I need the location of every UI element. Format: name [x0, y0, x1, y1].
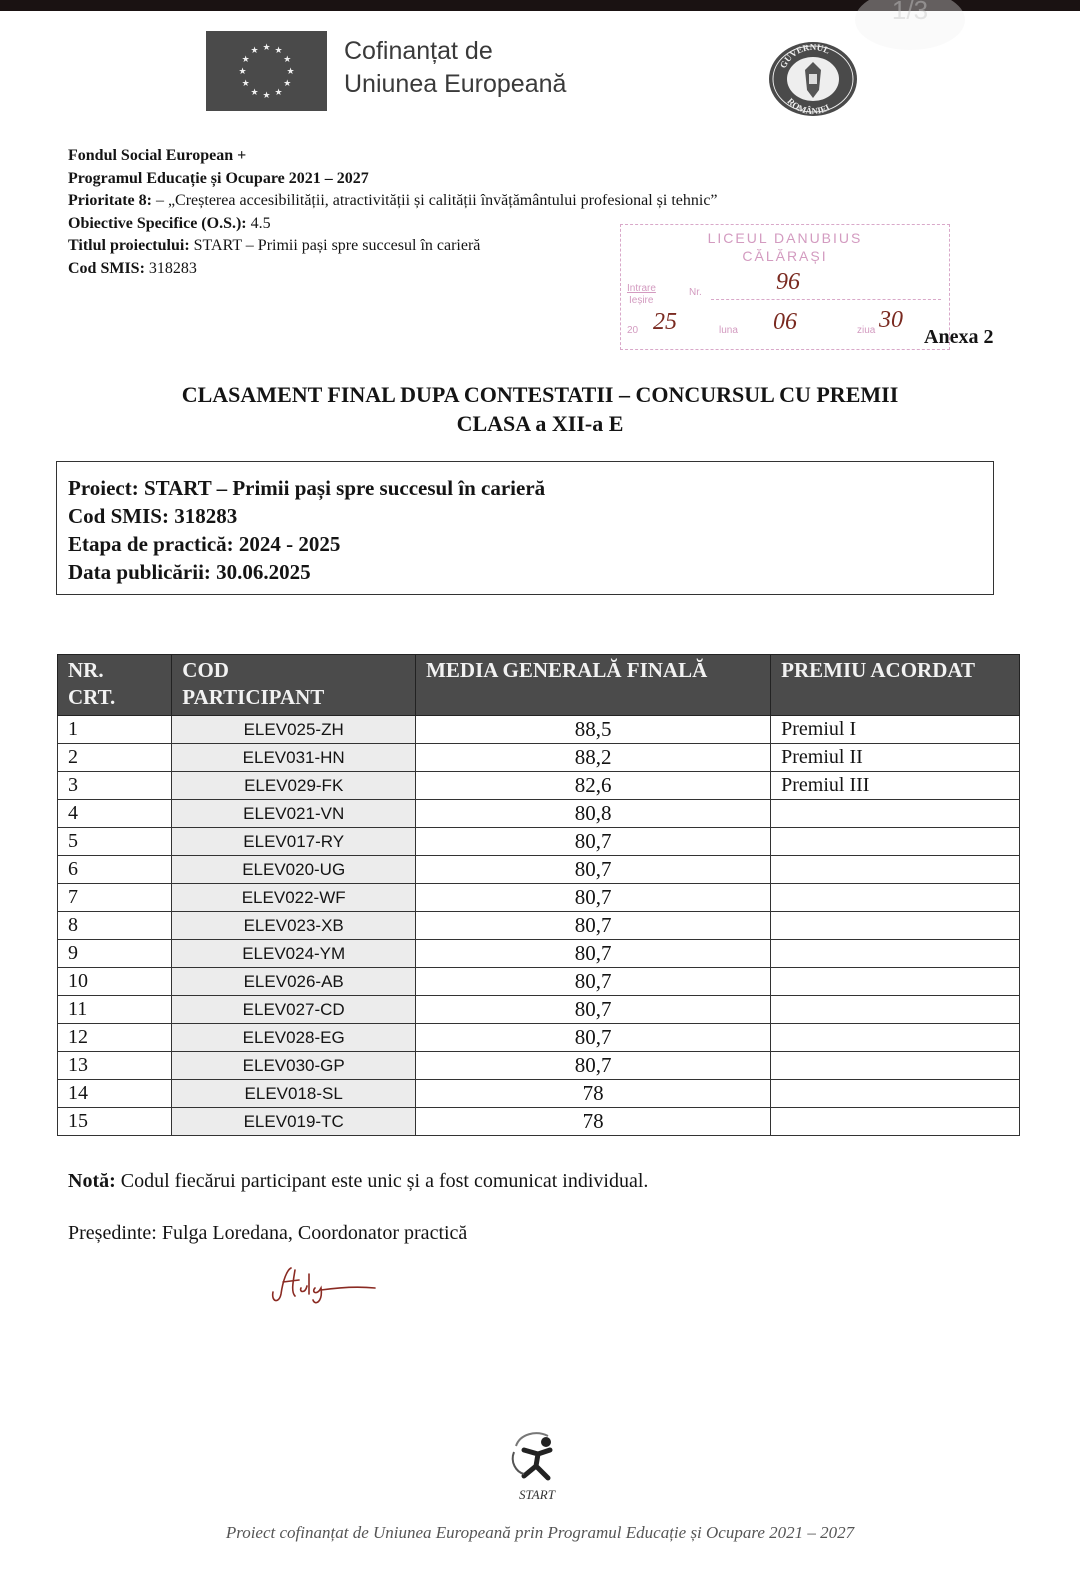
document-title: CLASAMENT FINAL DUPA CONTESTATII – CONCU… [60, 380, 1020, 438]
cell-nr: 10 [58, 968, 172, 996]
svg-text:★: ★ [262, 42, 270, 52]
stamp-day-label: ziua [857, 325, 875, 336]
objective-label: Obiective Specifice (O.S.): [68, 215, 247, 232]
cell-premiu [771, 1052, 1020, 1080]
cell-cod-participant: ELEV028-EG [172, 1024, 416, 1052]
eu-flag-logo: ★★★★★★★★★★★★ [206, 31, 327, 111]
priority-value: – „Creșterea accesibilității, atractivit… [152, 192, 718, 209]
cell-premiu [771, 884, 1020, 912]
table-row: 11ELEV027-CD80,7 [58, 996, 1020, 1024]
start-project-logo: START [502, 1428, 572, 1503]
program-name: Programul Educație și Ocupare 2021 – 202… [68, 170, 369, 187]
cell-nr: 5 [58, 828, 172, 856]
cell-media: 82,6 [416, 772, 771, 800]
project-name: Proiect: START – Primii pași spre succes… [68, 474, 982, 502]
romanian-government-seal-icon: GUVERNUL ROMÂNIEI [765, 40, 861, 118]
table-row: 7ELEV022-WF80,7 [58, 884, 1020, 912]
stamp-month-label: luna [719, 325, 738, 336]
header-media-generala: MEDIA GENERALĂ FINALĂ [416, 655, 771, 716]
svg-text:★: ★ [250, 87, 258, 97]
stamp-year-prefix: 20 [627, 325, 638, 336]
cell-cod-participant: ELEV019-TC [172, 1108, 416, 1136]
svg-text:★: ★ [286, 66, 294, 76]
cell-premiu [771, 800, 1020, 828]
svg-text:★: ★ [274, 45, 282, 55]
stamp-year: 25 [653, 309, 677, 336]
cell-nr: 6 [58, 856, 172, 884]
cell-nr: 3 [58, 772, 172, 800]
footer-cofinancing-text: Proiect cofinanțat de Uniunea Europeană … [0, 1523, 1080, 1543]
cell-cod-participant: ELEV020-UG [172, 856, 416, 884]
cell-nr: 8 [58, 912, 172, 940]
header-cod-participant: CODPARTICIPANT [172, 655, 416, 716]
cell-cod-participant: ELEV023-XB [172, 912, 416, 940]
cell-media: 88,2 [416, 744, 771, 772]
cell-premiu [771, 1080, 1020, 1108]
table-row: 12ELEV028-EG80,7 [58, 1024, 1020, 1052]
stamp-number: 96 [776, 269, 800, 296]
cell-cod-participant: ELEV021-VN [172, 800, 416, 828]
cell-cod-participant: ELEV022-WF [172, 884, 416, 912]
president-line: Președinte: Fulga Loredana, Coordonator … [68, 1222, 467, 1245]
cell-cod-participant: ELEV027-CD [172, 996, 416, 1024]
table-header-row: NR.CRT. CODPARTICIPANT MEDIA GENERALĂ FI… [58, 655, 1020, 716]
note-text: Codul fiecărui participant este unic și … [116, 1170, 649, 1192]
smis-value: 318283 [145, 260, 197, 277]
title-line2: CLASA a XII-a E [60, 409, 1020, 438]
annex-label: Anexa 2 [924, 326, 993, 349]
cell-cod-participant: ELEV030-GP [172, 1052, 416, 1080]
cell-nr: 13 [58, 1052, 172, 1080]
eu-text-line2: Uniunea Europeană [344, 68, 566, 101]
stamp-nr-label: Nr. [689, 287, 702, 298]
publication-date: Data publicării: 30.06.2025 [68, 558, 982, 586]
cell-nr: 2 [58, 744, 172, 772]
cell-premiu [771, 996, 1020, 1024]
project-title-label: Titlul proiectului: [68, 237, 190, 254]
cell-media: 78 [416, 1080, 771, 1108]
stamp-entry-label: Intrare [627, 283, 656, 294]
cell-premiu: Premiul III [771, 772, 1020, 800]
header-nr-crt: NR.CRT. [58, 655, 172, 716]
cell-cod-participant: ELEV026-AB [172, 968, 416, 996]
stamp-school-name: LICEUL DANUBIUS CĂLĂRAȘI [621, 229, 949, 265]
cell-media: 80,7 [416, 912, 771, 940]
eu-text-line1: Cofinanțat de [344, 35, 566, 68]
cell-nr: 1 [58, 716, 172, 744]
svg-text:★: ★ [242, 78, 250, 88]
project-summary-box: Proiect: START – Primii pași spre succes… [56, 461, 994, 595]
svg-text:★: ★ [274, 87, 282, 97]
page-indicator: 1/3 [855, 0, 965, 50]
registration-stamp: LICEUL DANUBIUS CĂLĂRAȘI Intrare Ieșire … [620, 224, 950, 350]
svg-text:★: ★ [262, 90, 270, 100]
cell-cod-participant: ELEV024-YM [172, 940, 416, 968]
table-row: 4ELEV021-VN80,8 [58, 800, 1020, 828]
cell-nr: 4 [58, 800, 172, 828]
cell-media: 80,8 [416, 800, 771, 828]
cell-premiu [771, 828, 1020, 856]
svg-text:★: ★ [283, 54, 291, 64]
stamp-month: 06 [773, 309, 797, 336]
cell-premiu [771, 1024, 1020, 1052]
svg-text:★: ★ [238, 66, 246, 76]
header-premiu-acordat: PREMIU ACORDAT [771, 655, 1020, 716]
fund-name: Fondul Social European + [68, 147, 246, 164]
cell-cod-participant: ELEV025-ZH [172, 716, 416, 744]
cell-media: 80,7 [416, 1052, 771, 1080]
practice-stage: Etapa de practică: 2024 - 2025 [68, 530, 982, 558]
table-row: 10ELEV026-AB80,7 [58, 968, 1020, 996]
cell-nr: 14 [58, 1080, 172, 1108]
stamp-day: 30 [879, 307, 903, 334]
cell-nr: 11 [58, 996, 172, 1024]
table-row: 3ELEV029-FK82,6Premiul III [58, 772, 1020, 800]
cell-media: 78 [416, 1108, 771, 1136]
table-row: 1ELEV025-ZH88,5Premiul I [58, 716, 1020, 744]
svg-text:★: ★ [283, 78, 291, 88]
table-row: 5ELEV017-RY80,7 [58, 828, 1020, 856]
cell-premiu: Premiul II [771, 744, 1020, 772]
table-row: 6ELEV020-UG80,7 [58, 856, 1020, 884]
table-row: 2ELEV031-HN88,2Premiul II [58, 744, 1020, 772]
cell-media: 80,7 [416, 968, 771, 996]
svg-text:★: ★ [242, 54, 250, 64]
eu-stars-icon: ★★★★★★★★★★★★ [206, 31, 327, 111]
priority-label: Prioritate 8: [68, 192, 152, 209]
cell-nr: 9 [58, 940, 172, 968]
cell-premiu [771, 912, 1020, 940]
svg-text:★: ★ [250, 45, 258, 55]
cell-media: 80,7 [416, 940, 771, 968]
table-row: 9ELEV024-YM80,7 [58, 940, 1020, 968]
cell-cod-participant: ELEV031-HN [172, 744, 416, 772]
start-logo-label: START [502, 1487, 572, 1503]
cell-cod-participant: ELEV029-FK [172, 772, 416, 800]
project-title-value: START – Primii pași spre succesul în car… [190, 237, 481, 254]
cell-nr: 12 [58, 1024, 172, 1052]
table-row: 8ELEV023-XB80,7 [58, 912, 1020, 940]
cell-premiu [771, 940, 1020, 968]
cell-media: 88,5 [416, 716, 771, 744]
eu-cofinancing-text: Cofinanțat de Uniunea Europeană [344, 35, 566, 101]
cell-cod-participant: ELEV018-SL [172, 1080, 416, 1108]
table-row: 15ELEV019-TC78 [58, 1108, 1020, 1136]
running-figure-icon [502, 1428, 572, 1483]
cell-nr: 7 [58, 884, 172, 912]
cell-nr: 15 [58, 1108, 172, 1136]
cell-media: 80,7 [416, 828, 771, 856]
cell-media: 80,7 [416, 884, 771, 912]
smis-label: Cod SMIS: [68, 260, 145, 277]
title-line1: CLASAMENT FINAL DUPA CONTESTATII – CONCU… [60, 380, 1020, 409]
stamp-exit-label: Ieșire [629, 295, 653, 306]
note: Notă: Codul fiecărui participant este un… [68, 1170, 648, 1193]
cell-media: 80,7 [416, 1024, 771, 1052]
cell-premiu [771, 1108, 1020, 1136]
cell-premiu [771, 856, 1020, 884]
table-row: 14ELEV018-SL78 [58, 1080, 1020, 1108]
table-row: 13ELEV030-GP80,7 [58, 1052, 1020, 1080]
cell-premiu [771, 968, 1020, 996]
cell-media: 80,7 [416, 996, 771, 1024]
ranking-table: NR.CRT. CODPARTICIPANT MEDIA GENERALĂ FI… [57, 654, 1020, 1136]
cell-media: 80,7 [416, 856, 771, 884]
cell-premiu: Premiul I [771, 716, 1020, 744]
signature-icon [265, 1262, 385, 1307]
cell-cod-participant: ELEV017-RY [172, 828, 416, 856]
note-label: Notă: [68, 1170, 116, 1192]
objective-value: 4.5 [247, 215, 271, 232]
project-smis: Cod SMIS: 318283 [68, 502, 982, 530]
